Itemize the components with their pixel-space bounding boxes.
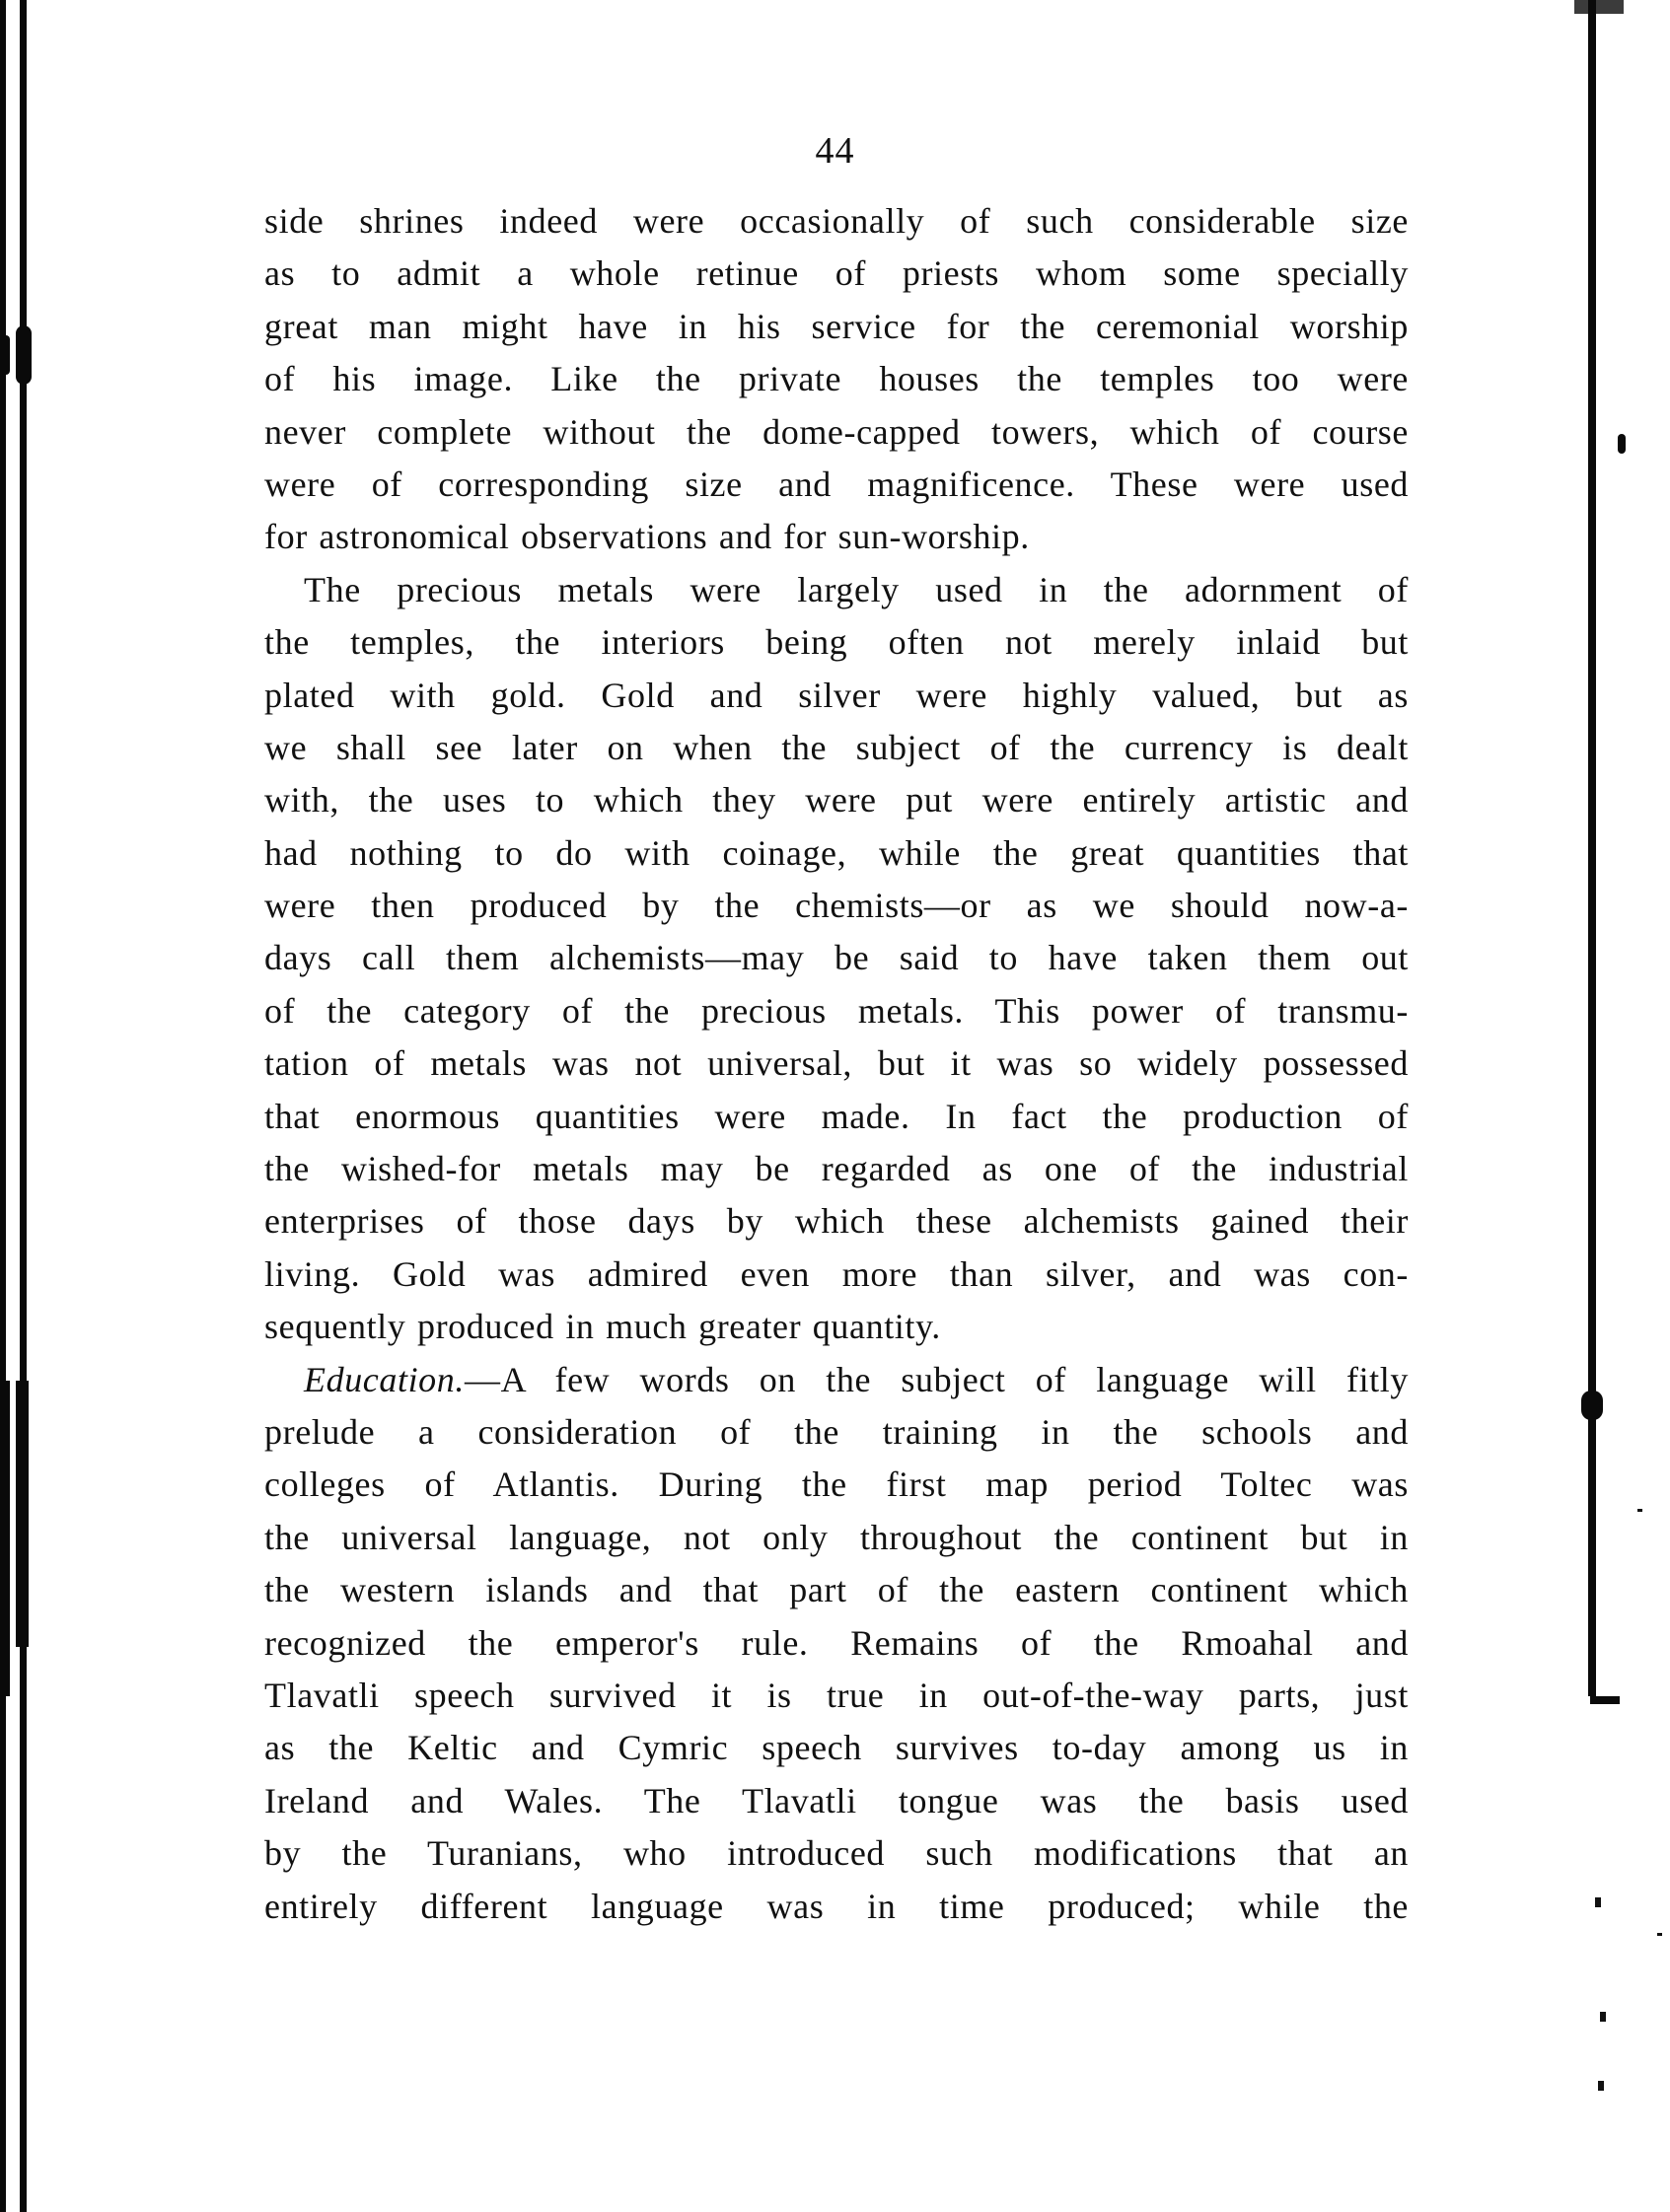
- text-line: were of corresponding size and magnifice…: [264, 459, 1409, 511]
- text-line: The precious metals were largely used in…: [264, 564, 1409, 616]
- scan-edge-right: [1588, 0, 1596, 1696]
- text-line: recognized the emperor's rule. Remains o…: [264, 1617, 1409, 1670]
- text-line: of his image. Like the private houses th…: [264, 353, 1409, 405]
- scan-edge-left: [0, 0, 6, 2212]
- text-line: the temples, the interiors being often n…: [264, 616, 1409, 669]
- scan-edge-left-shadow: [16, 1381, 29, 1647]
- text-line: plated with gold. Gold and silver were h…: [264, 670, 1409, 722]
- text-line: never complete without the dome-capped t…: [264, 406, 1409, 459]
- text-line: with, the uses to which they were put we…: [264, 774, 1409, 826]
- scan-blot: [1590, 1696, 1620, 1704]
- text-line: as to admit a whole retinue of priests w…: [264, 248, 1409, 300]
- text-line: of the category of the precious metals. …: [264, 985, 1409, 1037]
- text-line: were then produced by the chemists—or as…: [264, 880, 1409, 932]
- text-line: sequently produced in much greater quant…: [264, 1301, 1409, 1353]
- scan-blot: [1618, 434, 1626, 454]
- text-line: great man might have in his service for …: [264, 301, 1409, 353]
- paragraph-education: Education.—A few words on the subject of…: [264, 1354, 1409, 1933]
- text-line: Ireland and Wales. The Tlavatli tongue w…: [264, 1775, 1409, 1827]
- text-line: the wished-for metals may be regarded as…: [264, 1143, 1409, 1195]
- text-line: we shall see later on when the subject o…: [264, 722, 1409, 774]
- scan-speck: [1600, 2012, 1606, 2022]
- page-number: 44: [0, 126, 1670, 176]
- scan-blot: [16, 325, 32, 385]
- scan-blot: [1581, 1391, 1603, 1420]
- text-line: tation of metals was not universal, but …: [264, 1037, 1409, 1090]
- text-line: that enormous quantities were made. In f…: [264, 1091, 1409, 1143]
- text-line: entirely different language was in time …: [264, 1881, 1409, 1933]
- text-run: —A few words on the subject of language …: [465, 1360, 1409, 1399]
- text-line: enterprises of those days by which these…: [264, 1195, 1409, 1248]
- text-line-with-heading: Education.—A few words on the subject of…: [264, 1354, 1409, 1406]
- scan-speck: [1657, 1933, 1662, 1936]
- paragraph-precious-metals: The precious metals were largely used in…: [264, 564, 1409, 1354]
- text-line: had nothing to do with coinage, while th…: [264, 827, 1409, 880]
- scan-speck: [1595, 1897, 1601, 1907]
- text-line: colleges of Atlantis. During the first m…: [264, 1459, 1409, 1511]
- scan-edge-left-shadow: [0, 1381, 10, 1696]
- scan-speck: [1598, 2081, 1604, 2091]
- text-line: side shrines indeed were occasionally of…: [264, 195, 1409, 248]
- section-heading-education: Education.: [304, 1360, 465, 1399]
- text-line: the western islands and that part of the…: [264, 1564, 1409, 1616]
- scan-edge-right-top: [1574, 0, 1624, 14]
- scan-speck: [1637, 1509, 1642, 1512]
- paragraph-temples: side shrines indeed were occasionally of…: [264, 195, 1409, 564]
- text-line: days call them alchemists—may be said to…: [264, 932, 1409, 984]
- body-text: side shrines indeed were occasionally of…: [264, 195, 1409, 1933]
- scan-blot: [0, 335, 10, 375]
- text-line: Tlavatli speech survived it is true in o…: [264, 1670, 1409, 1722]
- text-line: living. Gold was admired even more than …: [264, 1249, 1409, 1301]
- text-line: by the Turanians, who introduced such mo…: [264, 1827, 1409, 1880]
- text-line: the universal language, not only through…: [264, 1512, 1409, 1564]
- text-line: for astronomical observations and for su…: [264, 511, 1409, 563]
- text-line: as the Keltic and Cymric speech survives…: [264, 1722, 1409, 1774]
- text-line: prelude a consideration of the training …: [264, 1406, 1409, 1459]
